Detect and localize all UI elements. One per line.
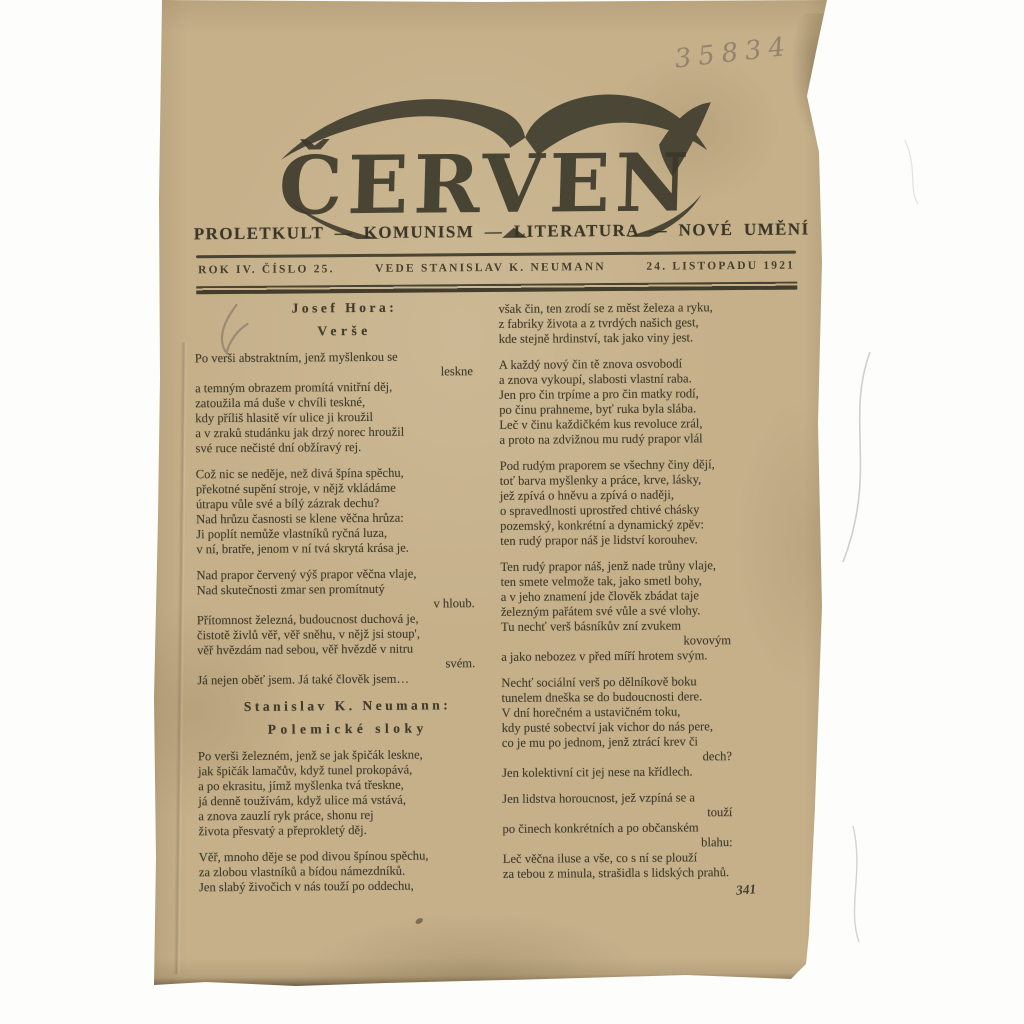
poem-column-right: však čin, ten zrodí se z měst železa a r…	[498, 299, 829, 893]
poem-stanza: Což nic se neděje, než divá špína spěchu…	[196, 465, 497, 557]
poem-line: života přesvatý a přeprokletý děj.	[198, 822, 498, 839]
editor-info: VEDE STANISLAV K. NEUMANN	[375, 261, 606, 275]
poem-stanza: Věř, mnoho děje se pod divou špínou spěc…	[199, 848, 499, 895]
scanner-hairline	[843, 352, 870, 562]
scanner-hairline	[853, 826, 859, 942]
poem-stanza: Nechť sociální verš po dělníkově bokutun…	[501, 673, 828, 781]
poem-stanza: Ten rudý prapor náš, jenž nade trůny vla…	[500, 557, 827, 665]
ink-speck	[415, 917, 424, 925]
poem-stanza: Jen lidstva horoucnost, jež vzpíná se at…	[502, 789, 829, 882]
issue-info: ROK IV. ČÍSLO 25.	[198, 263, 335, 276]
page-content: 35834 ČERVEN PROLETKULT — KOMUNISM — LIT…	[146, 0, 838, 991]
poem-line: v ní, bratře, jenom v ní tvá skrytá krás…	[196, 540, 496, 557]
poem-column-left: Josef Hora:VeršePo verši abstraktním, je…	[194, 299, 499, 906]
masthead-rule-top	[196, 251, 796, 259]
poem-line: v hloub.	[197, 596, 497, 613]
poem-line: a jako nebozez v před míří hrotem svým.	[501, 647, 827, 665]
date-info: 24. LISTOPADU 1921	[646, 260, 795, 273]
masthead-row: ROK IV. ČÍSLO 25. VEDE STANISLAV K. NEUM…	[198, 260, 795, 277]
handwritten-number: 35834	[673, 32, 793, 75]
fold-crease	[174, 342, 188, 974]
poem-line: Já nejen oběť jsem. Já také člověk jsem…	[197, 671, 497, 688]
poem-stanza: A každý nový čin tě znova osvobodía znov…	[499, 355, 826, 448]
article-author: Stanislav K. Neumann:	[197, 697, 497, 714]
article-author: Josef Hora:	[194, 299, 494, 316]
poem-line: Jen kolektivní cit jej nese na křídlech.	[502, 763, 828, 781]
poem-stanza: Po verši železném, jenž se jak špičák le…	[198, 747, 499, 839]
poem-line: svém.	[197, 656, 497, 673]
cerven-logo: ČERVEN	[273, 86, 714, 239]
article-title: Verše	[195, 322, 495, 339]
scanner-hairline	[905, 140, 918, 204]
poem-line: za tebou z minula, strašidla s lidských …	[503, 864, 829, 882]
poem-line: kde stejně hrdinství, tak jako viny jest…	[499, 329, 825, 347]
poem-line: Jen slabý živočich v nás touží po oddech…	[199, 878, 499, 895]
poem-stanza: Po verši abstraktním, jenž myšlenkou sel…	[195, 349, 496, 456]
paper-page: 35834 ČERVEN PROLETKULT — KOMUNISM — LIT…	[146, 0, 830, 988]
poem-stanza: však čin, ten zrodí se z měst železa a r…	[498, 299, 824, 347]
poem-line: leskne	[195, 364, 495, 381]
magazine-subtitle: PROLETKULT — KOMUNISM — LITERATURA — NOV…	[194, 220, 796, 245]
logo-text: ČERVEN	[278, 135, 695, 232]
article-title: Polemické sloky	[198, 720, 498, 737]
page-number: 341	[735, 881, 756, 899]
poem-stanza: Pod rudým praporem se všechny činy dějí,…	[500, 456, 827, 549]
masthead-rule-bottom	[196, 282, 797, 295]
poem-line: ten rudý prapor náš je lidství korouhev.	[500, 531, 826, 549]
poem-line: a proto na zdvižnou mu rudý prapor vlál	[499, 430, 825, 448]
poem-stanza: Nad prapor červený výš prapor věčna vlaj…	[196, 566, 497, 688]
poem-line: své ruce nečisté dní obžíravý rej.	[195, 439, 495, 456]
